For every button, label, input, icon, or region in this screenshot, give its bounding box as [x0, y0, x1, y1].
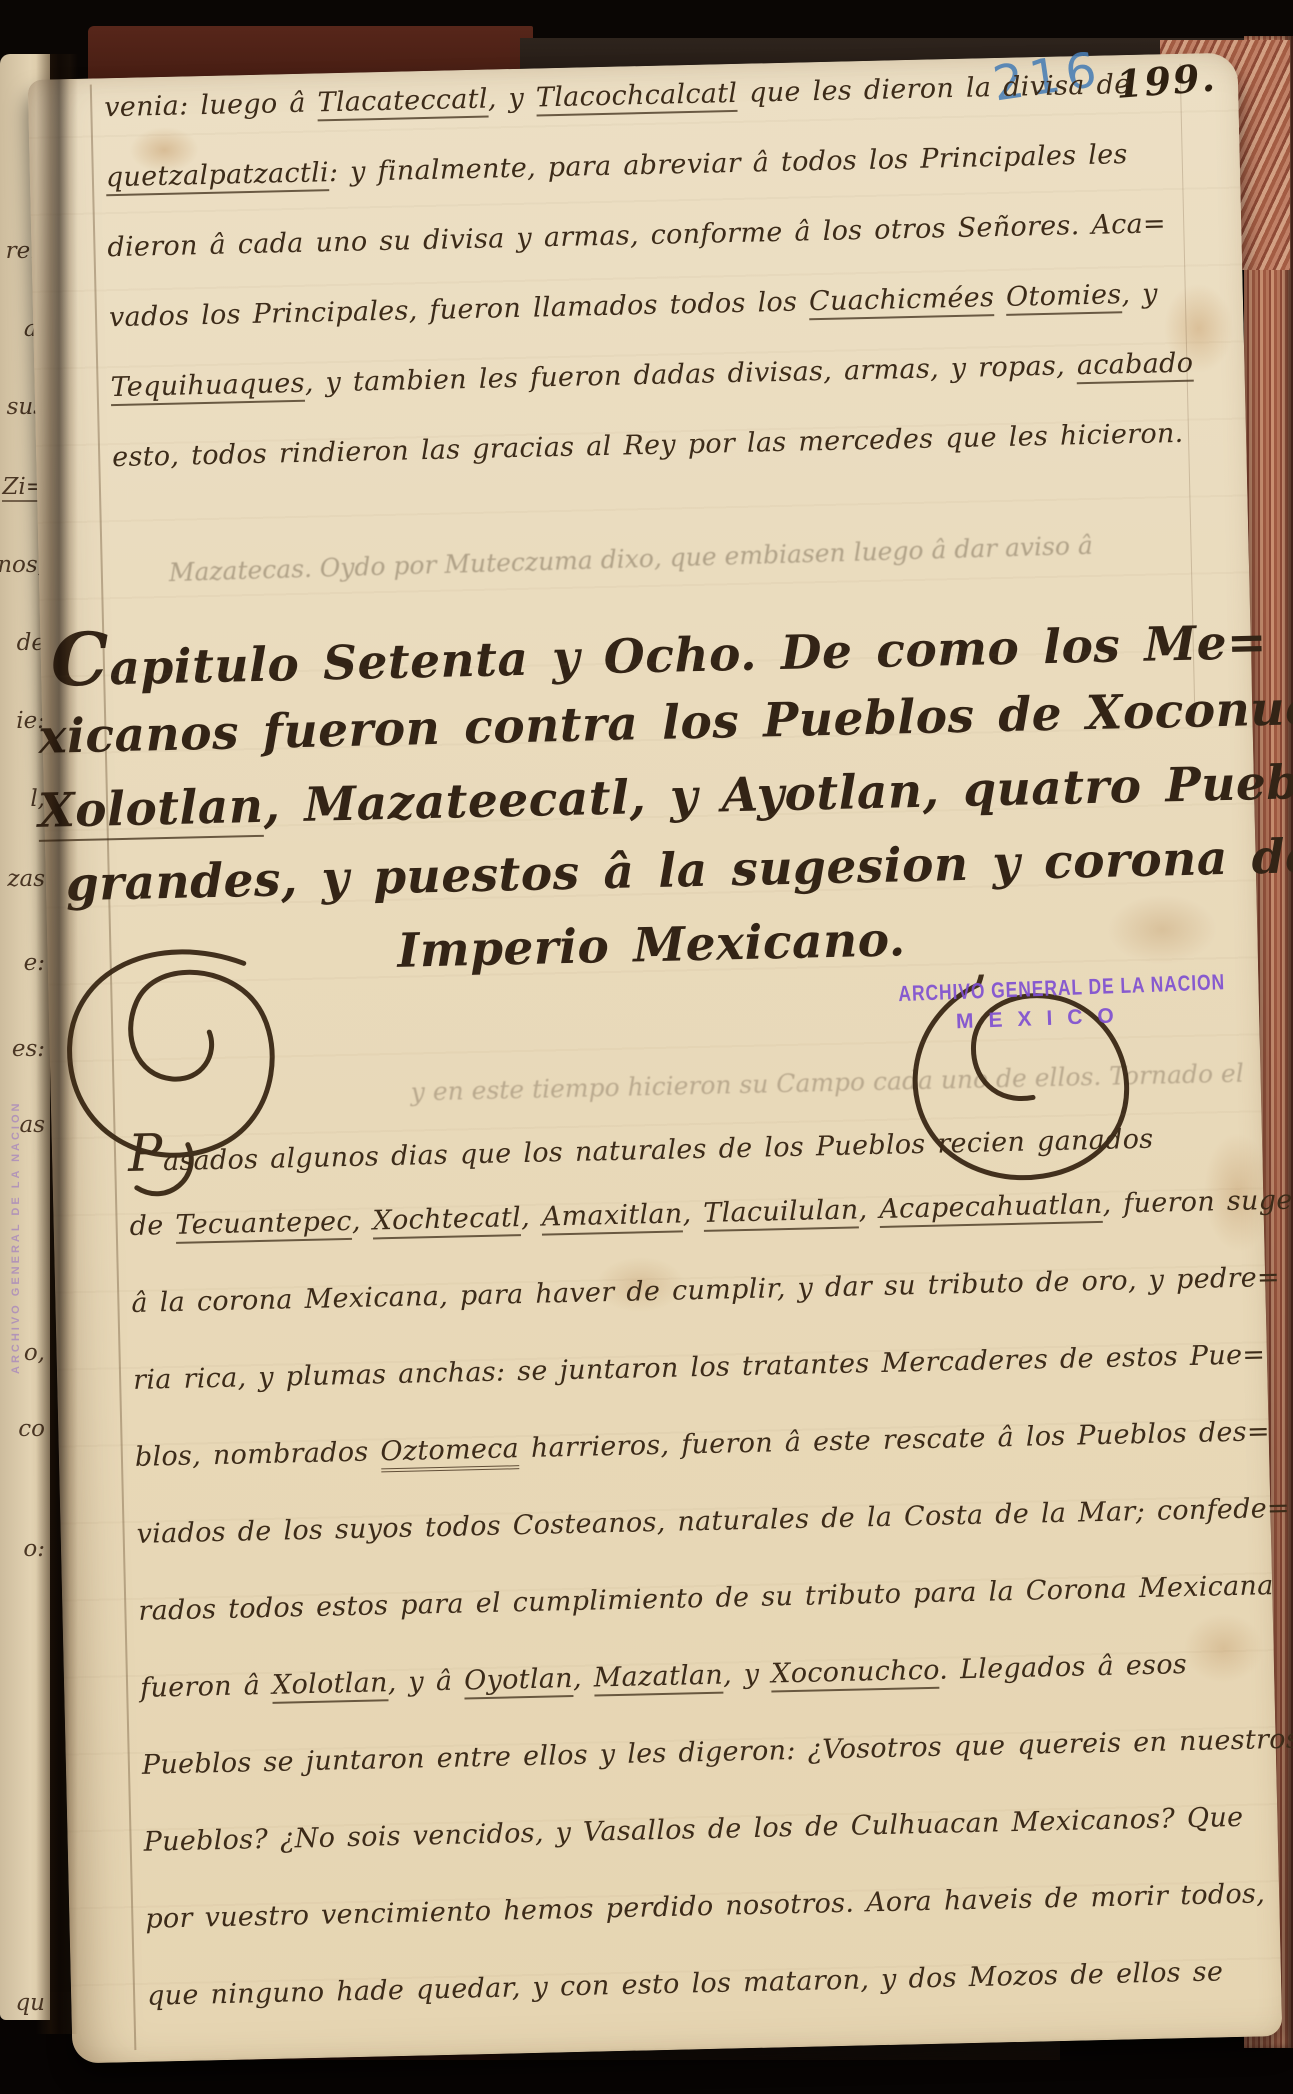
facing-page-text-fragment: zas — [7, 866, 45, 892]
underlined-word: Oyotlan — [464, 1663, 573, 1699]
text-run: , y — [1121, 278, 1158, 310]
facing-page-text-fragment: o, — [24, 1340, 45, 1366]
archive-stamp: ARCHIVO GENERAL DE LA NACION MEXICO — [886, 974, 1188, 1037]
text-run: , y — [723, 1659, 772, 1691]
underlined-word: Tlacuilulan — [703, 1194, 859, 1232]
text-run: , fueron sugetos — [1102, 1184, 1293, 1220]
underlined-word: Otomies — [1006, 279, 1122, 316]
paragraph-chapter-body: Pasados algunos dias que los naturales d… — [128, 1109, 1259, 2058]
underlined-word: Cuachicmées — [809, 282, 995, 320]
underlined-word: Acapecahuatlan — [879, 1189, 1103, 1228]
underlined-word: Oztomeca — [380, 1433, 519, 1472]
ink-bleedthrough-line: Mazatecas. Oydo por Muteczuma dixo, que … — [168, 531, 1093, 587]
ink-bleedthrough-line: y en este tiempo hicieron su Campo cada … — [410, 1059, 1244, 1107]
underlined-word: Amaxitlan — [541, 1198, 682, 1235]
underlined-word: quetzalpatzactli — [106, 157, 330, 196]
text-run: , — [521, 1202, 542, 1233]
underlined-word: Xolotlan — [272, 1667, 388, 1704]
text-run — [994, 282, 1007, 313]
facing-page-text-fragment: as — [19, 1112, 45, 1138]
underlined-word: Tequihuaques — [110, 368, 305, 406]
manuscript-page: 216 199. Mazatecas. Oydo por Muteczuma d… — [28, 53, 1283, 2064]
text-run: fueron â — [140, 1670, 273, 1704]
facing-page-text-fragment: co — [18, 1416, 45, 1442]
underlined-word: Xochtecatl — [372, 1202, 521, 1239]
text-run: , — [351, 1205, 372, 1236]
text-run: . Llegados â esos — [939, 1649, 1187, 1686]
text-run: , — [573, 1663, 594, 1694]
underlined-word: Tlacochcalcatl — [536, 78, 738, 117]
underlined-word: Mazatlan — [593, 1660, 723, 1697]
gutter-stamp-bleed: ARCHIVO GENERAL DE LA NACION — [10, 1074, 22, 1374]
archive-stamp-line2: MEXICO — [887, 1002, 1188, 1037]
underlined-word: Xolotlan — [38, 779, 264, 842]
paragraph-previous-chapter: venia: luego â Tlacateccatl, y Tlacochca… — [104, 67, 1223, 512]
underlined-word: Xoconuchco — [771, 1655, 940, 1693]
manuscript-scan: yrenalsusZi=nos,deie:l,zase:es:aso,coo:q… — [0, 0, 1293, 2094]
underlined-word: Tlacateccatl — [317, 84, 488, 122]
facing-page-text-fragment: e: — [24, 950, 45, 976]
underlined-word: Tecuantepec — [175, 1206, 352, 1244]
chapter-heading: Capitulo Setenta y Ocho. De como los Me=… — [44, 609, 1252, 1006]
text-run: , y â — [387, 1665, 464, 1698]
text-run: venia: luego â — [104, 87, 318, 123]
underlined-word: acabado — [1077, 348, 1194, 385]
text-run: , — [682, 1198, 703, 1229]
text-run: blos, nombrados — [135, 1436, 381, 1473]
facing-page-text-fragment: es: — [12, 1036, 45, 1062]
facing-page-text-fragment: o: — [23, 1536, 45, 1562]
text-run: de — [129, 1210, 175, 1242]
text-run: que les dieron la divisa de — [737, 69, 1131, 109]
text-run: , y — [487, 82, 536, 114]
text-run: , — [858, 1194, 879, 1225]
facing-page-text-fragment: qu — [15, 1990, 45, 2016]
text-run: Imperio Mexicano. — [397, 912, 906, 979]
text-run: Pasados algunos dias que los naturales d… — [128, 1124, 1154, 1178]
